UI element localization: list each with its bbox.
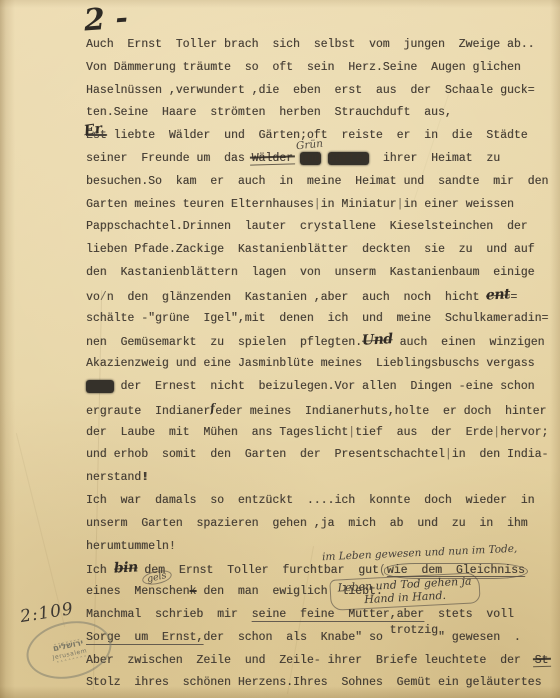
- typed-line: ergraute Indianerfeder meines Indianerhu…: [86, 403, 556, 426]
- typed-line: Auch Ernst Toller brach sich selbst vom …: [86, 38, 556, 61]
- typed-line: und erhob somit den Garten der Presentsc…: [86, 448, 556, 471]
- typed-line: ten.Seine Haare strömten herben Strauchd…: [86, 106, 556, 129]
- typed-line: Aber zwischen Zeile und Zeile- ihrer Bri…: [86, 654, 556, 677]
- typed-line: Ich war damals so entzückt ....ich konnt…: [86, 494, 556, 517]
- typed-line: der Ernest nicht beizulegen.Vor allen Di…: [86, 380, 556, 403]
- handwritten-page-number: 2 -: [83, 1, 129, 39]
- typed-line: Manchmal schrieb mir seine feine Mutter,…: [86, 608, 556, 631]
- typed-line: nerstand!: [86, 471, 556, 494]
- typed-line: eines Menschenk den man ewiglich liebt.: [86, 585, 556, 608]
- typed-line: schälte -"grüne Igel",mit denen ich und …: [86, 312, 556, 335]
- typed-line: Von Dämmerung träumte so oft sein Herz.S…: [86, 61, 556, 84]
- typed-line: unserm Garten spazieren gehen ,ja mich a…: [86, 517, 556, 540]
- typed-line: Garten meines teuren Elternhauses|in Min…: [86, 198, 556, 221]
- typed-line: den Kastanienblättern lagen von unserm K…: [86, 266, 556, 289]
- paper-crease: [16, 433, 65, 627]
- typed-line: Pappschachtel.Drinnen lauter crystallene…: [86, 220, 556, 243]
- typed-line: Akazienzweig und eine Jasminblüte meines…: [86, 357, 556, 380]
- typed-line: Stolz ihres schönen Herzens.Ihres Sohnes…: [86, 676, 556, 698]
- typed-line: Haselnüssen ,verwundert ,die eben erst a…: [86, 84, 556, 107]
- typed-line: lieben Pfade.Zackige Kastanienblätter de…: [86, 243, 556, 266]
- manuscript-page: 2 - Auch Ernst Toller brach sich selbst …: [0, 0, 560, 698]
- typed-line: besuchen.So kam er auch in meine Heimat …: [86, 175, 556, 198]
- handwritten-overwrite: Er: [83, 122, 103, 138]
- typed-line: nen Gemüsemarkt zu spielen pflegten.Und …: [86, 334, 556, 357]
- typed-line: vo/n den glänzenden Kastanien ,aber auch…: [86, 289, 556, 312]
- typed-line: der Laube mit Mühen ans Tageslicht|tief …: [86, 426, 556, 449]
- typed-line: seiner Freunde um das Wälder und Gärten …: [86, 152, 556, 175]
- typed-line: Sorge um Ernst,der schon als Knabe" so t…: [86, 631, 556, 654]
